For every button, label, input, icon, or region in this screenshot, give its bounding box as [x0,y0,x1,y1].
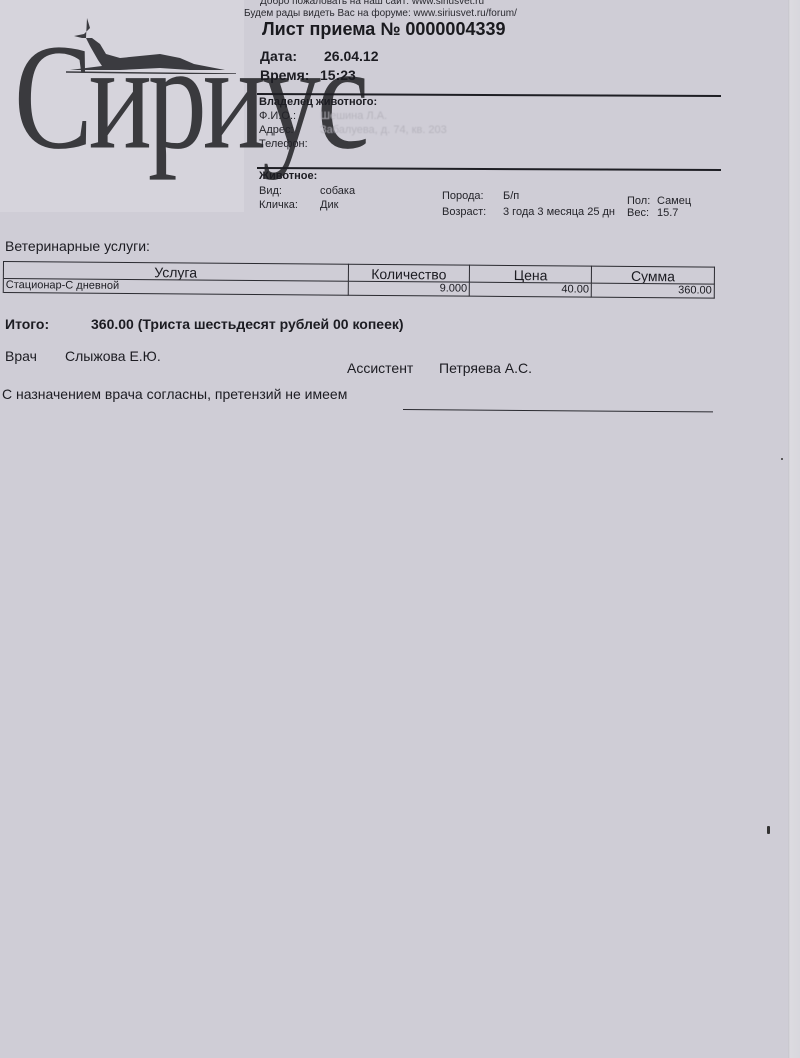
doctor-label: Врач [5,348,37,364]
owner-address-value: Забалуева, д. 74, кв. 203 [320,124,447,136]
time-value: 15:23 [320,67,356,83]
animal-species-value: собака [320,185,355,197]
date-row: Дата:26.04.12 [260,48,379,64]
date-value: 26.04.12 [324,48,379,64]
animal-name-label: Кличка: [259,199,298,211]
animal-species-label: Вид: [259,185,282,197]
column-header-price: Цена [470,265,592,284]
price-cell: 40.00 [470,283,592,298]
owner-address-label: Адрес: [259,124,294,136]
column-header-sum: Сумма [592,266,715,285]
animal-breed-label: Порода: [442,190,484,202]
time-label: Время: [260,67,320,83]
owner-name-label: Ф.И.О.: [259,110,296,122]
assistant-label: Ассистент [347,360,413,376]
total-row: Итого:360.00 (Триста шестьдесят рублей 0… [5,316,404,332]
animal-age-label: Возраст: [442,206,486,218]
agreement-text: С назначением врача согласны, претензий … [2,386,347,402]
animal-weight-value: 15.7 [657,207,678,219]
quantity-cell: 9.000 [348,282,470,297]
animal-sex-value: Самец [657,195,691,207]
animal-age-value: 3 года 3 месяца 25 дн [503,206,615,218]
date-label: Дата: [260,48,324,64]
scan-speck [767,826,770,834]
document-title: Лист приема № 0000004339 [262,19,506,40]
signature-line [403,409,713,412]
animal-breed-value: Б/п [503,190,519,202]
animal-heading: Животное: [259,170,317,182]
services-heading: Ветеринарные услуги: [5,238,150,254]
sum-cell: 360.00 [592,284,715,299]
animal-weight-label: Вес: [627,207,649,219]
animal-name-value: Дик [320,199,338,211]
website-line: Добро пожаловать на наш сайт: www.sirius… [260,0,484,7]
owner-name-value: Шешина Л.А. [320,110,387,122]
scanned-page-edge [788,0,800,1058]
owner-phone-label: Телефон: [259,138,308,150]
doctor-name: Слыжова Е.Ю. [65,348,161,364]
clinic-logo: Сириус [0,0,244,212]
column-header-quantity: Количество [348,264,470,283]
time-row: Время:15:23 [260,67,356,83]
animal-sex-label: Пол: [627,195,650,207]
total-label: Итого: [5,316,91,332]
owner-heading: Владелец животного: [259,96,377,108]
total-value: 360.00 (Триста шестьдесят рублей 00 копе… [91,316,404,332]
service-name-cell: Стационар-С дневной [4,279,349,296]
scan-speck [781,458,783,460]
forum-line: Будем рады видеть Вас на форуме: www.sir… [244,8,517,19]
services-table: Услуга Количество Цена Сумма Стационар-С… [3,261,715,299]
assistant-name: Петряева А.С. [439,360,532,376]
